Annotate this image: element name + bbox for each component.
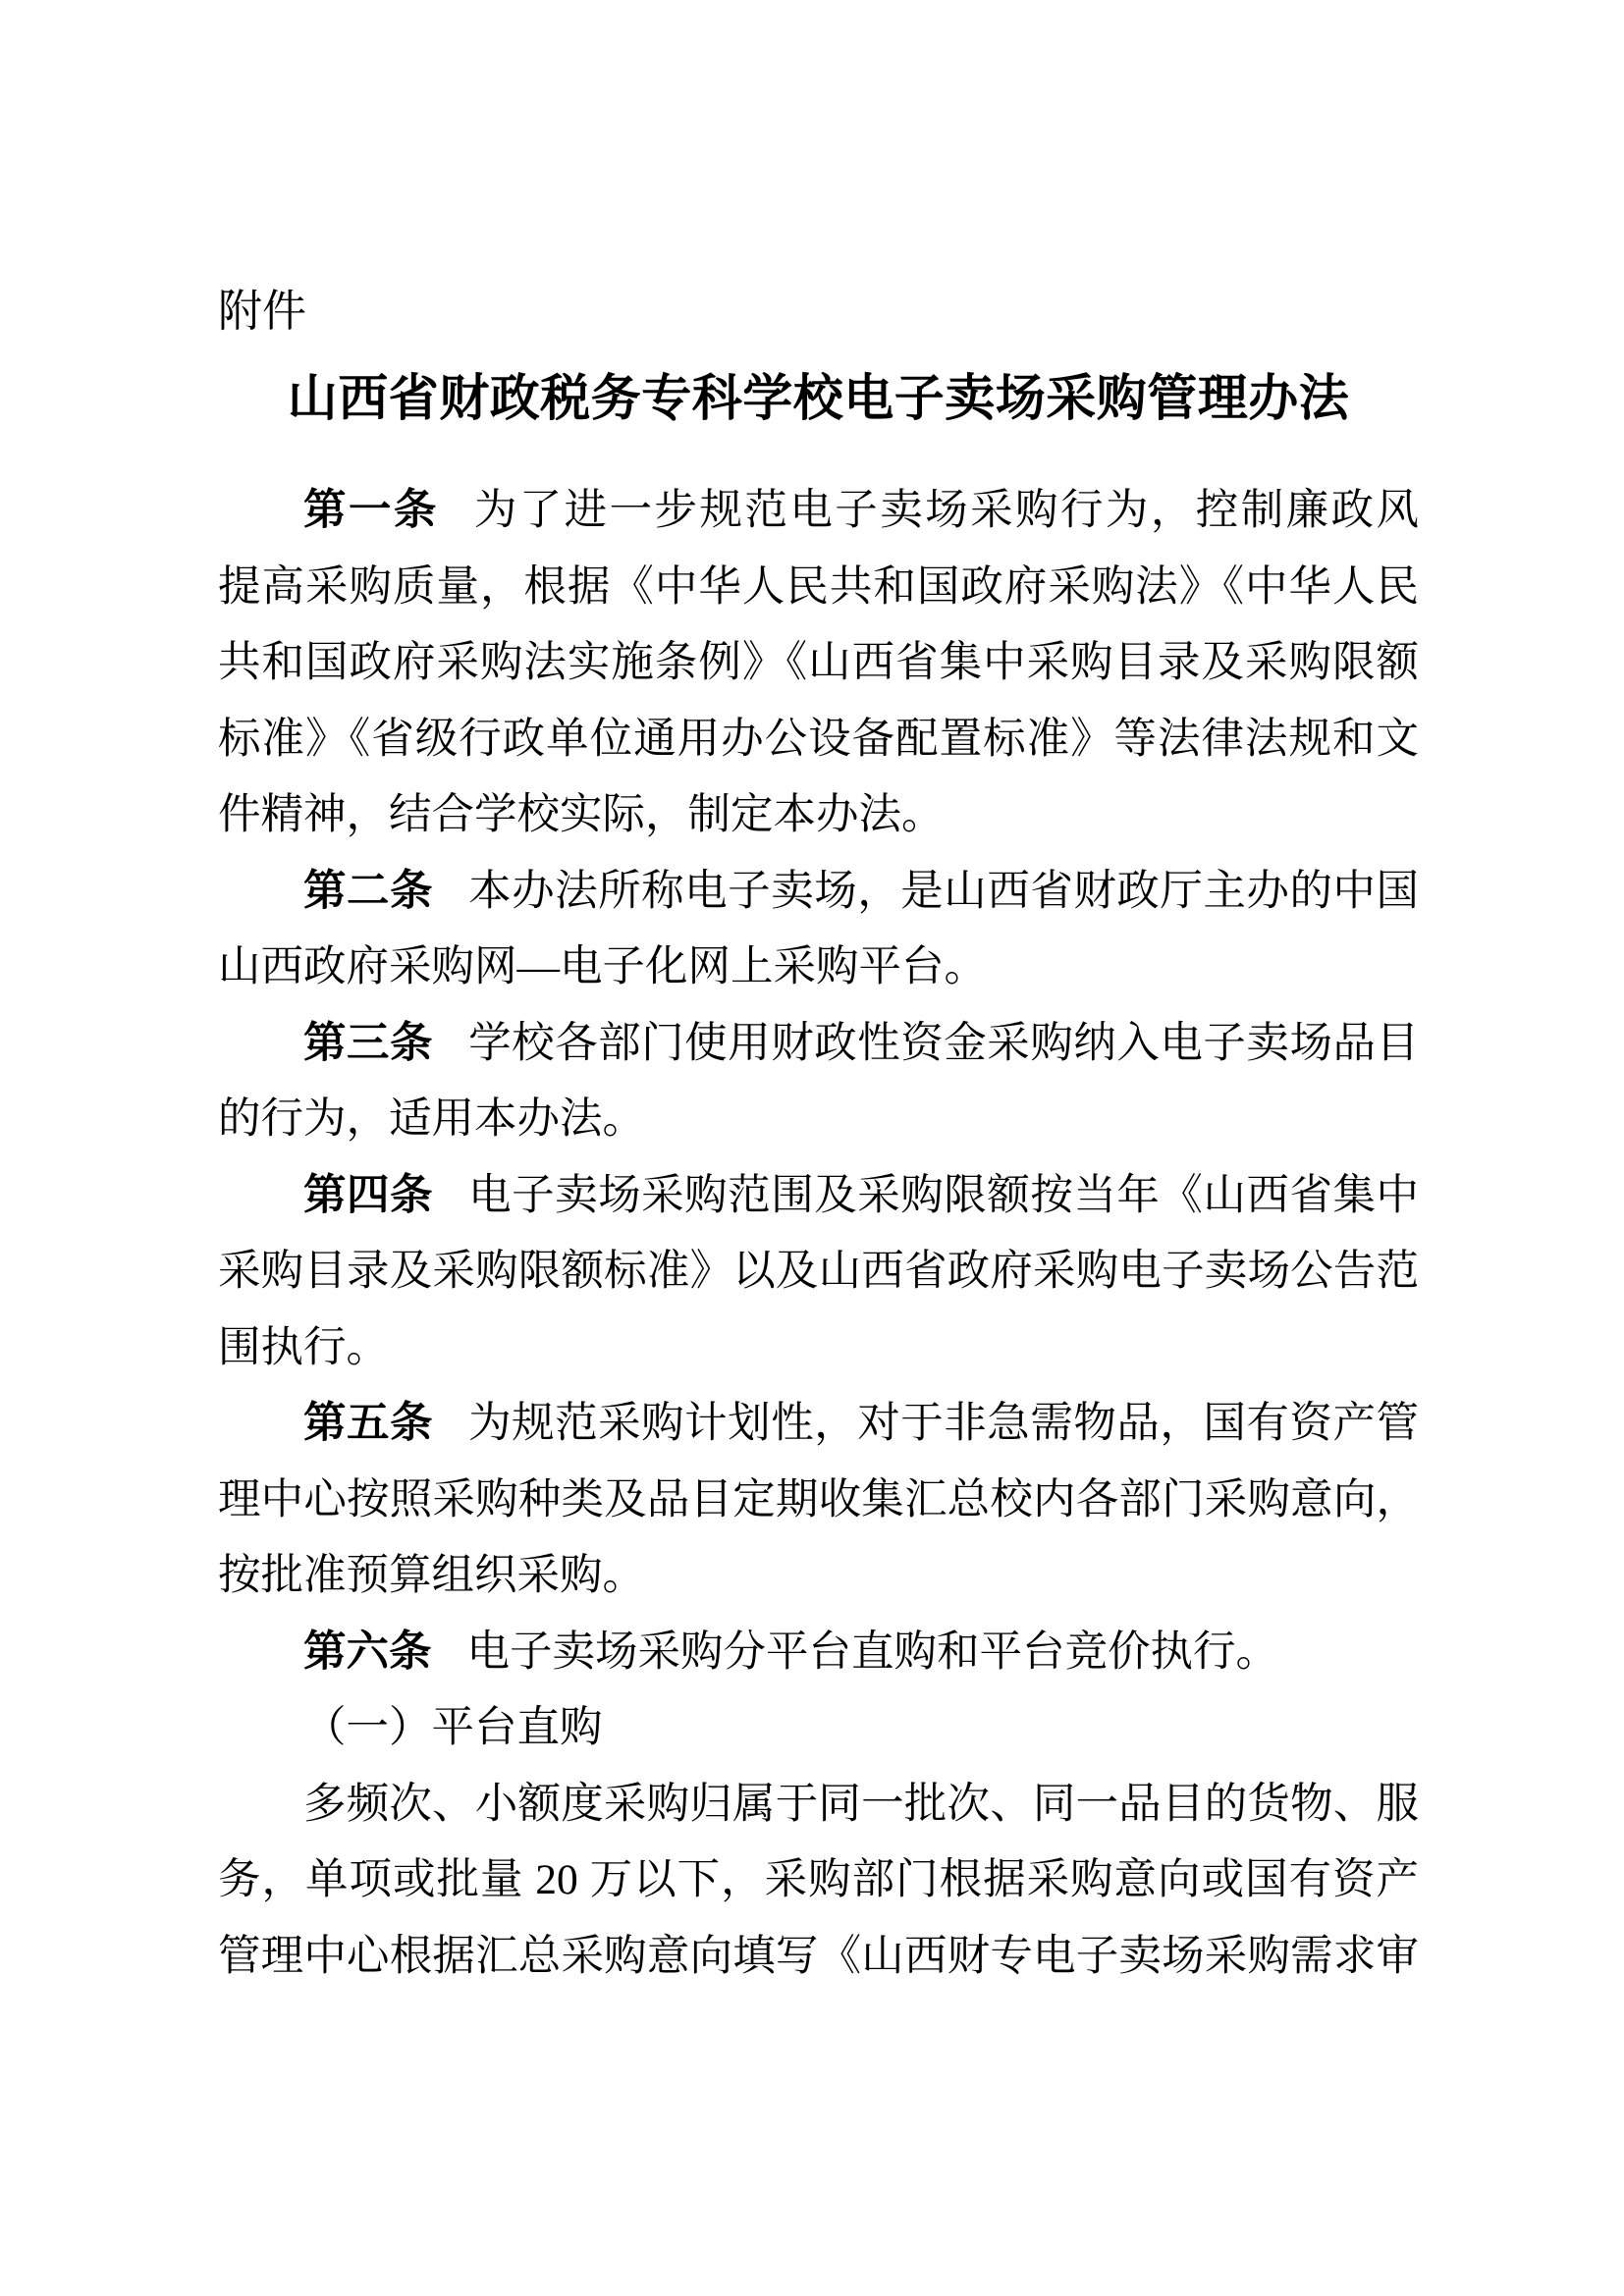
text-line: 提高采购质量，根据《中华人民共和国政府采购法》《中华人民: [218, 550, 1419, 626]
text-line: 围执行。: [218, 1310, 1419, 1387]
article-4-first-text: 电子卖场采购范围及采购限额按当年《山西省集中: [468, 1172, 1419, 1219]
article-6: 第六条电子卖场采购分平台直购和平台竞价执行。: [218, 1615, 1419, 1691]
page-content: 附件 山西省财政税务专科学校电子卖场采购管理办法 第一条为了进一步规范电子卖场采…: [0, 0, 1624, 1995]
article-6-first-line: 第六条电子卖场采购分平台直购和平台竞价执行。: [218, 1615, 1419, 1691]
article-1-label: 第一条: [303, 487, 439, 534]
document-title: 山西省财政税务专科学校电子卖场采购管理办法: [218, 371, 1419, 428]
article-4: 第四条电子卖场采购范围及采购限额按当年《山西省集中 采购目录及采购限额标准》以及…: [218, 1158, 1419, 1387]
text-line: 件精神，结合学校实际，制定本办法。: [218, 777, 1419, 854]
article-2-first-line: 第二条本办法所称电子卖场，是山西省财政厅主办的中国: [218, 854, 1419, 931]
text-line: 采购目录及采购限额标准》以及山西省政府采购电子卖场公告范: [218, 1234, 1419, 1310]
article-4-label: 第四条: [303, 1172, 433, 1219]
article-3: 第三条学校各部门使用财政性资金采购纳入电子卖场品目 的行为，适用本办法。: [218, 1006, 1419, 1158]
article-1: 第一条为了进一步规范电子卖场采购行为，控制廉政风险， 提高采购质量，根据《中华人…: [218, 473, 1419, 854]
subsection-1: （一）平台直购 多频次、小额度采购归属于同一批次、同一品目的货物、服 务，单项或…: [218, 1690, 1419, 1995]
text-line: 山西政府采购网—电子化网上采购平台。: [218, 930, 1419, 1006]
article-3-label: 第三条: [303, 1020, 433, 1067]
subsection-heading: （一）平台直购: [218, 1690, 1419, 1767]
article-2: 第二条本办法所称电子卖场，是山西省财政厅主办的中国 山西政府采购网—电子化网上采…: [218, 854, 1419, 1006]
article-2-label: 第二条: [303, 868, 433, 915]
text-line: 管理中心根据汇总采购意向填写《山西财专电子卖场采购需求审: [218, 1919, 1419, 1996]
article-1-first-line: 第一条为了进一步规范电子卖场采购行为，控制廉政风险，: [218, 473, 1419, 550]
article-5-first-line: 第五条为规范采购计划性，对于非急需物品，国有资产管: [218, 1386, 1419, 1463]
text-line: 标准》《省级行政单位通用办公设备配置标准》等法律法规和文: [218, 702, 1419, 778]
attachment-label: 附件: [218, 287, 1419, 336]
document-body: 第一条为了进一步规范电子卖场采购行为，控制廉政风险， 提高采购质量，根据《中华人…: [218, 473, 1419, 1995]
article-5-label: 第五条: [303, 1400, 433, 1447]
article-6-label: 第六条: [303, 1629, 432, 1676]
document-page: 附件 山西省财政税务专科学校电子卖场采购管理办法 第一条为了进一步规范电子卖场采…: [0, 0, 1624, 2296]
article-3-first-line: 第三条学校各部门使用财政性资金采购纳入电子卖场品目: [218, 1006, 1419, 1083]
text-line: 多频次、小额度采购归属于同一批次、同一品目的货物、服: [218, 1767, 1419, 1843]
text-line: 共和国政府采购法实施条例》《山西省集中采购目录及采购限额: [218, 625, 1419, 702]
text-line: 按批准预算组织采购。: [218, 1538, 1419, 1615]
text-line: 的行为，适用本办法。: [218, 1082, 1419, 1158]
text-line: 务，单项或批量 20 万以下，采购部门根据采购意向或国有资产: [218, 1842, 1419, 1919]
article-2-first-text: 本办法所称电子卖场，是山西省财政厅主办的中国: [468, 868, 1419, 915]
article-4-first-line: 第四条电子卖场采购范围及采购限额按当年《山西省集中: [218, 1158, 1419, 1235]
article-5-first-text: 为规范采购计划性，对于非急需物品，国有资产管: [468, 1400, 1419, 1447]
article-6-first-text: 电子卖场采购分平台直购和平台竞价执行。: [467, 1629, 1279, 1676]
article-3-first-text: 学校各部门使用财政性资金采购纳入电子卖场品目: [468, 1020, 1419, 1067]
article-5: 第五条为规范采购计划性，对于非急需物品，国有资产管 理中心按照采购种类及品目定期…: [218, 1386, 1419, 1615]
text-line: 理中心按照采购种类及品目定期收集汇总校内各部门采购意向，: [218, 1463, 1419, 1539]
